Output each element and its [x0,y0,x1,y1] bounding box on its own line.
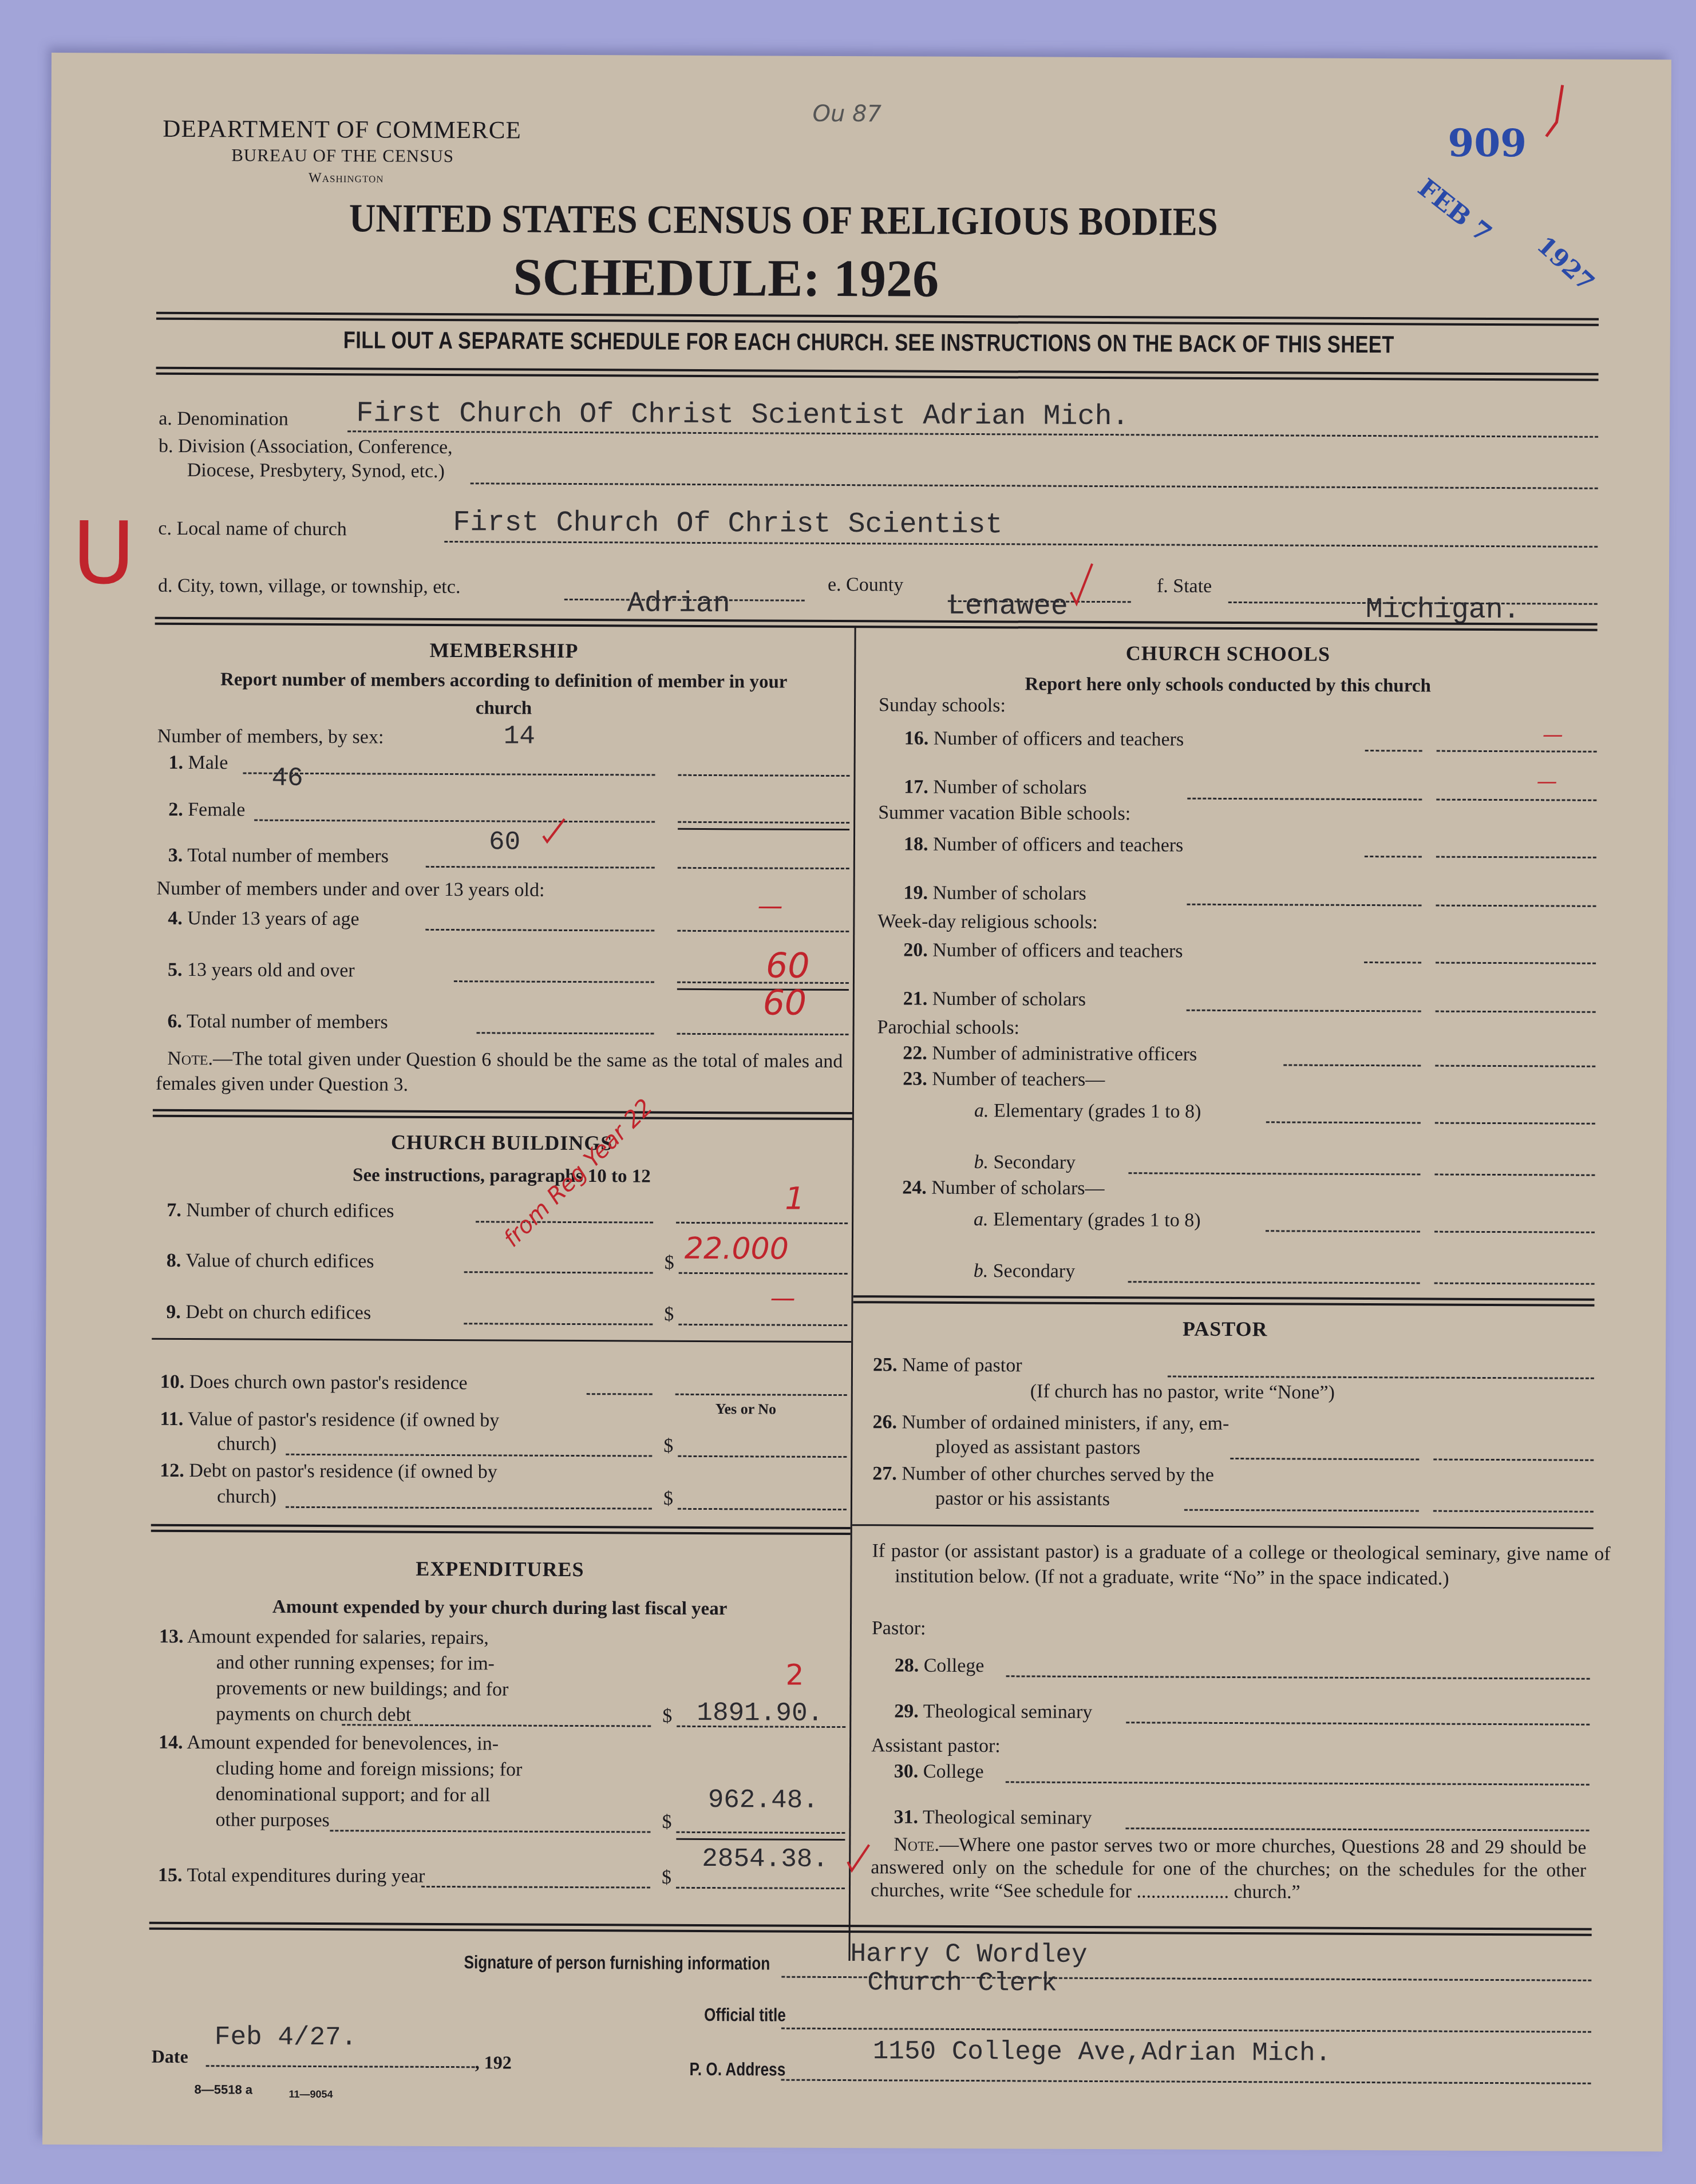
official-title-value: Church Clerk [867,1968,1057,1998]
pastor-heading: PASTOR [853,1315,1597,1343]
question-13-line2: and other running expenses; for im- [216,1650,495,1676]
question-28: 28. College [895,1653,985,1679]
question-26-line2: ployed as assistant pastors [935,1435,1140,1461]
q21-leader [1187,1010,1421,1012]
over-13-field[interactable] [454,980,654,983]
q24a-leader [1266,1230,1420,1232]
q22-leader [1283,1064,1421,1066]
question-21: 21. Number of scholars [903,987,1086,1012]
red-margin-mark: U [72,511,135,596]
print-number: 11—9054 [288,2088,333,2100]
division-label-line1: b. Division (Association, Conference, [159,436,453,458]
question-9: 9. Debt on church edifices [166,1300,371,1326]
official-title-label: Official title [704,2004,786,2026]
weekday-scholars-field[interactable] [1436,1011,1596,1013]
total-members-value: 60 [489,827,520,857]
question-25: 25. Name of pastor [873,1352,1022,1378]
secondary-teachers-field[interactable] [1434,1174,1595,1176]
residence-debt-leader [286,1506,652,1510]
instructions-banner: FILL OUT A SEPARATE SCHEDULE FOR EACH CH… [268,326,1469,359]
column-divider [848,627,856,1961]
total-members-right-field[interactable] [678,867,849,869]
local-name-label: c. Local name of church [158,518,347,540]
official-title-field[interactable] [781,2028,1591,2033]
buildings-heading: CHURCH BUILDINGS [153,1129,851,1156]
question-11-line2: church) [217,1431,276,1457]
assistant-subsection-label: Assistant pastor: [871,1733,1001,1759]
total-members-field[interactable] [426,866,655,869]
question-8: 8. Value of church edifices [167,1248,374,1275]
dollar-sign: $ [662,1865,671,1890]
dollar-sign: $ [663,1434,673,1459]
dollar-sign: $ [662,1810,671,1835]
red-check-mark-icon [1539,82,1574,151]
banner-rule-bottom [156,367,1599,375]
question-14-line2: cluding home and foreign missions; for [216,1756,523,1782]
banner-rule-top [156,312,1599,321]
county-label: e. County [828,574,903,596]
question-24a: a. Elementary (grades 1 to 8) [974,1207,1201,1233]
weekday-schools-label: Week-day religious schools: [877,909,1098,935]
total-expenditures-value: 2854.38. [702,1844,828,1874]
edifices-debt-value: — [770,1283,795,1312]
pencil-note: Ou 87 [812,101,881,128]
page-title: UNITED STATES CENSUS OF RELIGIOUS BODIES [204,195,1363,246]
dollar-sign: $ [663,1486,673,1512]
question-12: 12. Debt on pastor's residence (if owned… [160,1458,497,1485]
local-name-value: First Church Of Christ Scientist [453,507,1002,541]
state-label: f. State [1157,575,1212,597]
q27-leader [1184,1509,1419,1512]
bureau-heading: BUREAU OF THE CENSUS [231,145,454,167]
edifices-debt-field[interactable] [678,1324,847,1326]
dollar-sign: $ [662,1704,672,1729]
question-16: 16. Number of officers and teachers [904,726,1184,753]
address-value: 1150 College Ave,Adrian Mich. [873,2036,1331,2068]
question-19: 19. Number of scholars [904,881,1086,907]
male-field[interactable] [243,772,655,776]
question-14-line4: other purposes [215,1807,329,1833]
question-3: 3. Total number of members [168,843,389,869]
denomination-value: First Church Of Christ Scientist Adrian … [356,397,1129,433]
edifices-value-field[interactable] [679,1272,848,1275]
assistant-seminary-field[interactable] [1125,1827,1589,1831]
department-heading: DEPARTMENT OF COMMERCE [163,115,521,145]
form-number: 8—5518 a [194,2082,252,2097]
buildings-rule [152,1338,851,1343]
other-churches-field[interactable] [1433,1510,1594,1513]
running-expenses-correction: 2 [786,1659,804,1692]
census-schedule-sheet: DEPARTMENT OF COMMERCE BUREAU OF THE CEN… [42,53,1671,2151]
city-value: Adrian [627,587,730,620]
graduate-instructions: If pastor (or assistant pastor) is a gra… [872,1538,1610,1592]
sunday-teachers-field[interactable] [1437,750,1597,753]
footer-rule [149,1922,1592,1930]
membership-note: Note.—The total given under Question 6 s… [156,1046,843,1099]
q24b-leader [1128,1281,1420,1284]
q15-leader [421,1886,650,1889]
expenditures-subheading: Amount expended by your church during la… [151,1593,849,1623]
date-value: Feb 4/27. [215,2022,357,2052]
members-by-sex-label: Number of members, by sex: [157,724,384,750]
male-right-field[interactable] [678,774,849,777]
schools-heading: CHURCH SCHOOLS [856,640,1600,667]
signature-value: Harry C Wordley [850,1939,1087,1970]
question-23: 23. Number of teachers— [903,1067,1105,1093]
members-by-age-label: Number of members under and over 13 year… [157,876,545,903]
sunday-teachers-value: — [1543,723,1563,746]
admin-officers-field[interactable] [1435,1065,1595,1067]
question-20: 20. Number of officers and teachers [903,938,1183,964]
pastor-name-field[interactable] [1168,1376,1594,1379]
stamp-date: FEB 7 [1413,173,1497,249]
secondary-scholars-field[interactable] [1434,1283,1595,1285]
male-value: 14 [504,721,535,751]
elementary-teachers-field[interactable] [1435,1122,1595,1125]
owns-residence-field[interactable] [675,1394,847,1396]
sunday-schools-label: Sunday schools: [879,693,1006,718]
under-13-field[interactable] [425,929,654,932]
sunday-scholars-field[interactable] [1436,799,1596,801]
signature-label: Signature of person furnishing informati… [464,1952,770,1974]
county-value: Lenawee [948,590,1068,623]
edifices-count-right-field[interactable] [676,1222,848,1224]
dollar-sign: $ [665,1251,674,1276]
pastor-name-hint: (If church has no pastor, write “None”) [1030,1379,1335,1405]
city-label: d. City, town, village, or township, etc… [158,575,461,598]
question-30: 30. College [894,1759,984,1785]
question-14-line3: denominational support; and for all [216,1782,491,1808]
question-12-line2: church) [217,1484,276,1509]
question-26: 26. Number of ordained ministers, if any… [872,1410,1229,1437]
female-field[interactable] [254,820,655,823]
city-heading: Washington [309,171,384,187]
total-members-6-right-field[interactable] [677,1033,849,1035]
buildings-subheading: See instructions, paragraphs 10 to 12 [152,1161,851,1191]
q19-leader [1187,904,1422,907]
q16-leader [1365,750,1422,751]
question-17: 17. Number of scholars [904,775,1086,801]
edifices-count-field[interactable] [476,1221,653,1223]
question-13: 13. Amount expended for salaries, repair… [159,1624,489,1651]
pastor-rule [852,1524,1594,1529]
under-13-value: — [757,891,782,920]
residence-value-field[interactable] [678,1455,847,1458]
edifices-value-leader [464,1271,653,1273]
membership-heading: MEMBERSHIP [155,637,853,664]
question-10: 10. Does church own pastor's residence [160,1370,468,1396]
pastor-college-field[interactable] [1006,1675,1590,1679]
pastor-note: Note.—Where one pastor serves two or mor… [871,1833,1587,1905]
schedule-year-title: SCHEDULE: 1926 [268,246,1184,310]
question-27: 27. Number of other churches served by t… [872,1461,1214,1488]
edifices-debt-leader [464,1323,653,1325]
question-13-line3: provements or new buildings; and for [216,1676,508,1702]
red-check-mark-icon [540,816,569,845]
q23a-leader [1266,1121,1421,1123]
question-14: 14. Amount expended for benevolences, in… [159,1730,499,1757]
pastor-seminary-field[interactable] [1126,1722,1590,1726]
question-31: 31. Theological seminary [894,1805,1092,1831]
weekday-teachers-field[interactable] [1436,962,1596,964]
under-13-right-field[interactable] [677,930,849,932]
question-1: 1. Male [168,750,228,776]
q23b-leader [1128,1172,1420,1175]
division-field[interactable] [471,482,1598,489]
running-expenses-value: 1891.90. [697,1698,823,1728]
benevolences-value: 962.48. [708,1785,819,1815]
q18-leader [1365,856,1422,857]
question-22: 22. Number of administrative officers [903,1041,1197,1067]
yes-no-hint: Yes or No [715,1400,777,1418]
stamp-number: 909 [1448,121,1527,166]
dollar-sign: $ [664,1302,674,1327]
assistant-ministers-field[interactable] [1433,1459,1594,1461]
pastor-subsection-label: Pastor: [872,1616,926,1641]
residence-leader [587,1393,653,1395]
date-label: Date [152,2046,188,2067]
question-15: 15. Total expenditures during year [158,1863,425,1889]
local-name-field[interactable] [444,541,1598,548]
division-label-line2: Diocese, Presbytery, Synod, etc.) [187,460,445,482]
edifices-count-value: 1 [785,1181,805,1217]
red-check-mark-icon [1068,561,1097,607]
membership-subheading: Report number of members according to de… [197,666,810,723]
female-right-field[interactable] [678,821,849,824]
summer-schools-label: Summer vacation Bible schools: [878,800,1130,826]
red-check-mark-icon [845,1842,873,1876]
question-23a: a. Elementary (grades 1 to 8) [974,1098,1201,1125]
q20-leader [1364,962,1421,963]
q14-leader [330,1830,650,1833]
female-value: 46 [271,763,303,793]
question-11: 11. Value of pastor's residence (if owne… [160,1407,499,1434]
summer-teachers-field[interactable] [1436,856,1596,858]
question-27-line2: pastor or his assistants [935,1486,1110,1512]
question-23b: b. Secondary [974,1150,1076,1176]
question-6: 6. Total number of members [168,1009,388,1035]
elementary-scholars-field[interactable] [1434,1231,1595,1233]
question-24b: b. Secondary [974,1259,1076,1284]
date-year-prefix: , 192 [475,2052,512,2073]
q26-leader [1230,1458,1419,1460]
schools-bottom-rule [853,1295,1595,1301]
question-7: 7. Number of church edifices [167,1198,394,1224]
expenditures-heading: EXPENDITURES [151,1556,849,1582]
residence-debt-field[interactable] [678,1508,847,1510]
over-13-value: 60 [766,945,810,986]
question-29: 29. Theological seminary [894,1699,1092,1725]
buildings-bottom-rule [151,1524,851,1529]
question-4: 4. Under 13 years of age [168,906,359,932]
question-2: 2. Female [168,797,245,823]
residence-value-leader [286,1454,652,1457]
question-5: 5. 13 years old and over [168,958,355,983]
address-field[interactable] [781,2079,1591,2084]
address-label: P. O. Address [690,2059,786,2080]
sum-rule [676,1838,845,1841]
edifices-value: 22.000 [685,1232,789,1267]
denomination-label: a. Denomination [159,408,288,430]
assistant-college-field[interactable] [1006,1781,1590,1785]
q17-leader [1187,798,1422,801]
total-members-6-field[interactable] [477,1032,654,1034]
membership-rule [153,1109,852,1114]
total-expenditures-field[interactable] [676,1887,845,1889]
benevolences-field[interactable] [676,1831,845,1834]
summer-scholars-field[interactable] [1436,905,1596,907]
parochial-schools-label: Parochial schools: [877,1015,1019,1040]
total-members-6-value: 60 [763,983,807,1023]
stamp-year: 1927 [1532,231,1600,296]
question-18: 18. Number of officers and teachers [904,832,1184,858]
question-24: 24. Number of scholars— [902,1176,1104,1202]
date-field[interactable] [206,2065,475,2068]
sum-rule [678,828,849,830]
sunday-scholars-value: — [1536,770,1557,793]
